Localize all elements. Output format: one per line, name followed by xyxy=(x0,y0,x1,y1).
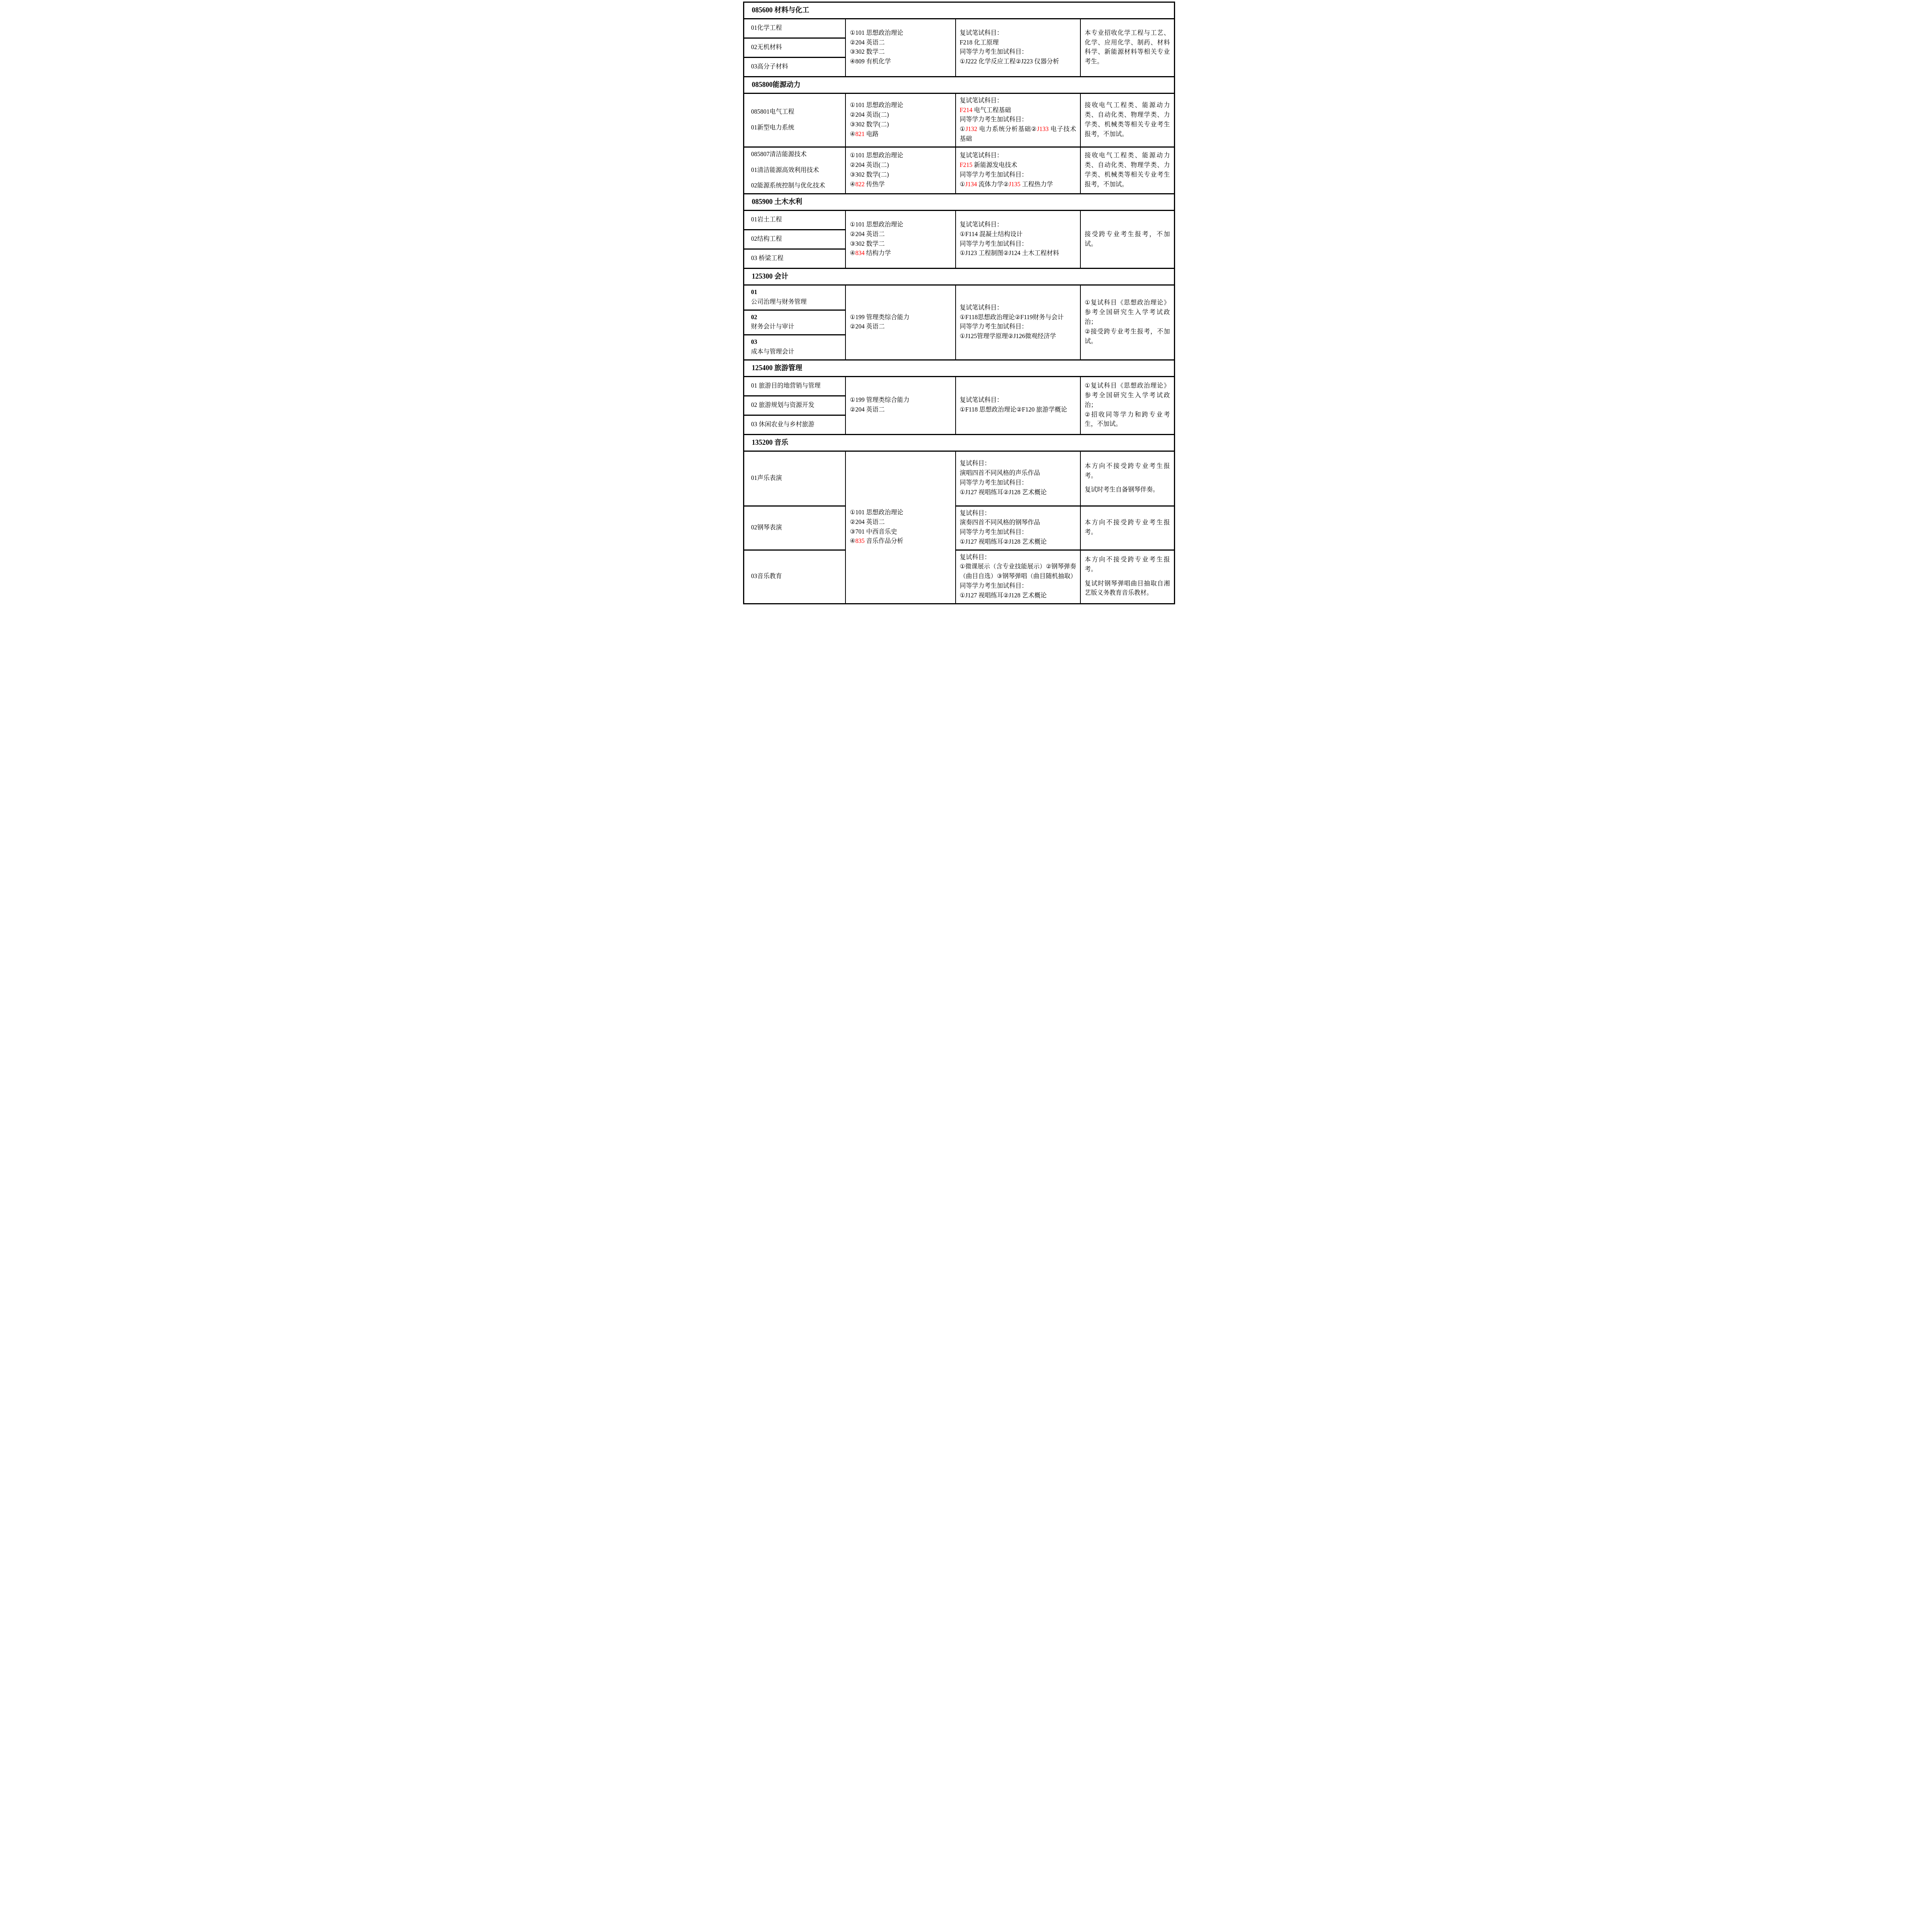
retest-subjects-cell: 复试笔试科目：①F114 混凝土结构设计同等学力考生加试科目：①J123 工程制… xyxy=(956,211,1080,269)
remarks-cell: 本专业招收化学工程与工艺、化学、应用化学、制药、材料科学、新能源材料等相关专业考… xyxy=(1080,19,1174,77)
section-row-085900: 085900 土木水利 xyxy=(743,194,1174,211)
admissions-document-page: 085600 材料与化工 01化学工程 ①101 思想政治理论②204 英语二③… xyxy=(719,0,1198,607)
direction-cell: 085801电气工程01新型电力系统 xyxy=(743,93,845,147)
section-title-085900: 085900 土木水利 xyxy=(743,194,1174,211)
section-title-125300: 125300 会计 xyxy=(743,269,1174,285)
direction-cell: 085807清洁能源技术01清洁能源高效利用技术02能源系统控制与优化技术 xyxy=(743,147,845,194)
table-row: 01化学工程 ①101 思想政治理论②204 英语二③302 数学二④809 有… xyxy=(743,19,1174,38)
remarks-cell: ①复试科目《思想政治理论》参考全国研究生入学考试政治；②接受跨专业考生报考，不加… xyxy=(1080,285,1174,360)
section-row-125300: 125300 会计 xyxy=(743,269,1174,285)
retest-subjects-cell: 复试科目：演奏四首不同风格的钢琴作品同等学力考生加试科目：①J127 视唱练耳②… xyxy=(956,506,1080,550)
direction-cell: 01化学工程 xyxy=(743,19,845,38)
section-title-085600: 085600 材料与化工 xyxy=(743,2,1174,19)
initial-exam-subjects-cell: ①101 思想政治理论②204 英语二③302 数学二④834 结构力学 xyxy=(845,211,955,269)
direction-cell: 02无机材料 xyxy=(743,38,845,57)
section-row-085600: 085600 材料与化工 xyxy=(743,2,1174,19)
remarks-cell: 接收电气工程类、能源动力类、自动化类、物理学类、力学类、机械类等相关专业考生报考… xyxy=(1080,93,1174,147)
remarks-cell: 接收电气工程类、能源动力类、自动化类、物理学类、力学类、机械类等相关专业考生报考… xyxy=(1080,147,1174,194)
table-row: 01岩土工程 ①101 思想政治理论②204 英语二③302 数学二④834 结… xyxy=(743,211,1174,230)
table-row: 02钢琴表演 复试科目：演奏四首不同风格的钢琴作品同等学力考生加试科目：①J12… xyxy=(743,506,1174,550)
retest-subjects-cell: 复试笔试科目：F215 新能源发电技术同等学力考生加试科目：①J134 流体力学… xyxy=(956,147,1080,194)
retest-subjects-cell: 复试笔试科目：F218 化工原理同等学力考生加试科目：①J222 化学反应工程②… xyxy=(956,19,1080,77)
initial-exam-subjects-cell: ①101 思想政治理论②204 英语二③302 数学二④809 有机化学 xyxy=(845,19,955,77)
section-title-135200: 135200 音乐 xyxy=(743,434,1174,451)
retest-subjects-cell: 复试科目：①微课展示（含专业技能展示）②钢琴弹奏（曲目自选）③钢琴弹唱（曲目随机… xyxy=(956,550,1080,604)
direction-cell: 01 旅游目的地营销与管理 xyxy=(743,376,845,396)
table-row: 085807清洁能源技术01清洁能源高效利用技术02能源系统控制与优化技术 ①1… xyxy=(743,147,1174,194)
direction-cell: 01声乐表演 xyxy=(743,451,845,506)
remarks-cell: 接受跨专业考生报考，不加试。 xyxy=(1080,211,1174,269)
retest-subjects-cell: 复试科目：演唱四首不同风格的声乐作品同等学力考生加试科目：①J127 视唱练耳②… xyxy=(956,451,1080,506)
initial-exam-subjects-cell: ①199 管理类综合能力②204 英语二 xyxy=(845,285,955,360)
retest-subjects-cell: 复试笔试科目：①F118 思想政治理论②F120 旅游学概论 xyxy=(956,376,1080,434)
direction-cell: 02结构工程 xyxy=(743,230,845,249)
initial-exam-subjects-cell: ①101 思想政治理论②204 英语二③701 中西音乐史④835 音乐作品分析 xyxy=(845,451,955,604)
direction-cell: 01岩土工程 xyxy=(743,211,845,230)
section-title-125400: 125400 旅游管理 xyxy=(743,360,1174,376)
direction-cell: 02财务会计与审计 xyxy=(743,310,845,335)
direction-cell: 03 休闲农业与乡村旅游 xyxy=(743,415,845,434)
direction-cell: 01公司治理与财务管理 xyxy=(743,285,845,310)
table-row: 01声乐表演 ①101 思想政治理论②204 英语二③701 中西音乐史④835… xyxy=(743,451,1174,506)
section-row-125400: 125400 旅游管理 xyxy=(743,360,1174,376)
remarks-cell: 本方向不接受跨专业考生报考。复试时钢琴弹唱曲目抽取自湘艺版义务教育音乐教材。 xyxy=(1080,550,1174,604)
remarks-cell: 本方向不接受跨专业考生报考。 xyxy=(1080,506,1174,550)
remarks-cell: 本方向不接受跨专业考生报考。复试时考生自备钢琴伴奏。 xyxy=(1080,451,1174,506)
section-title-085800: 085800能源动力 xyxy=(743,77,1174,93)
direction-cell: 03 桥梁工程 xyxy=(743,249,845,269)
retest-subjects-cell: 复试笔试科目：F214 电气工程基础同等学力考生加试科目：①J132 电力系统分… xyxy=(956,93,1080,147)
table-row: 03音乐教育 复试科目：①微课展示（含专业技能展示）②钢琴弹奏（曲目自选）③钢琴… xyxy=(743,550,1174,604)
table-row: 01公司治理与财务管理 ①199 管理类综合能力②204 英语二 复试笔试科目：… xyxy=(743,285,1174,310)
direction-cell: 03高分子材料 xyxy=(743,57,845,77)
direction-cell: 02 旅游规划与资源开发 xyxy=(743,396,845,415)
initial-exam-subjects-cell: ①101 思想政治理论②204 英语(二)③302 数学(二)④822 传热学 xyxy=(845,147,955,194)
direction-cell: 02钢琴表演 xyxy=(743,506,845,550)
admissions-subjects-table: 085600 材料与化工 01化学工程 ①101 思想政治理论②204 英语二③… xyxy=(743,2,1175,604)
initial-exam-subjects-cell: ①101 思想政治理论②204 英语(二)③302 数学(二)④821 电路 xyxy=(845,93,955,147)
retest-subjects-cell: 复试笔试科目：①F118思想政治理论②F119财务与会计同等学力考生加试科目：①… xyxy=(956,285,1080,360)
section-row-085800: 085800能源动力 xyxy=(743,77,1174,93)
table-row: 085801电气工程01新型电力系统 ①101 思想政治理论②204 英语(二)… xyxy=(743,93,1174,147)
direction-cell: 03成本与管理会计 xyxy=(743,335,845,360)
remarks-cell: ①复试科目《思想政治理论》参考全国研究生入学考试政治；②招收同等学力和跨专业考生… xyxy=(1080,376,1174,434)
table-row: 01 旅游目的地营销与管理 ①199 管理类综合能力②204 英语二 复试笔试科… xyxy=(743,376,1174,396)
initial-exam-subjects-cell: ①199 管理类综合能力②204 英语二 xyxy=(845,376,955,434)
section-row-135200: 135200 音乐 xyxy=(743,434,1174,451)
direction-cell: 03音乐教育 xyxy=(743,550,845,604)
